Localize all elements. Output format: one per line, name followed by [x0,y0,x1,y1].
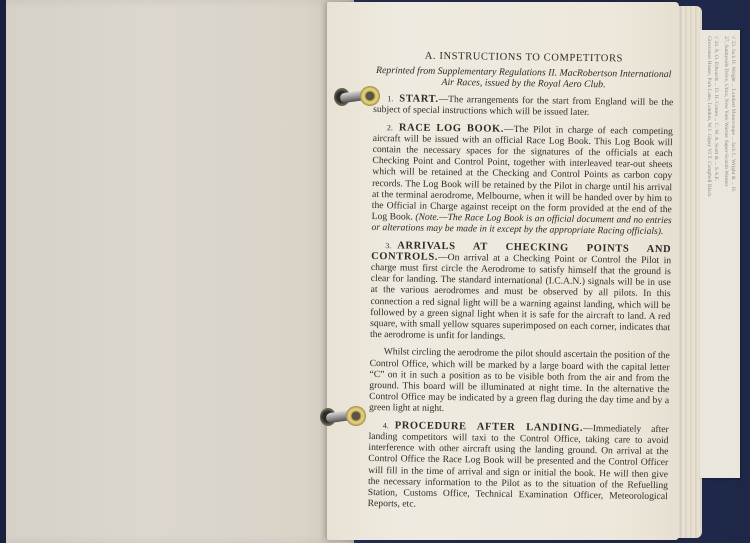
section-arrivals-continued: Whilst circling the aerodrome the pilot … [369,346,670,417]
section-number: 2. [387,123,393,132]
eyelet-icon [360,86,380,106]
binder-ring-top [334,86,380,108]
page-title: A. INSTRUCTIONS TO COMPETITORS [374,50,674,65]
insert-line: √ 33. Jack H. Wright ... Lambert Monocou… [729,36,736,192]
section-start: 1.START.—The arrangements for the start … [373,93,673,120]
section-note: (Note.—The Race Log Book is an official … [371,212,671,238]
document-body: A. INSTRUCTIONS TO COMPETITORS Reprinted… [368,50,674,519]
insert-card: √ 33. Jack H. Wright ... Lambert Monocou… [700,30,740,478]
insert-card-text: √ 33. Jack H. Wright ... Lambert Monocou… [700,30,740,478]
section-number: 3. [385,241,391,250]
right-page: A. INSTRUCTIONS TO COMPETITORS Reprinted… [327,2,679,540]
insert-line: Grosvenor House, Park Lane, London, W.1.… [705,36,712,197]
page-subtitle: Reprinted from Supplementary Regulations… [373,65,673,91]
section-arrivals: 3.ARRIVALS AT CHECKING POINTS AND CONTRO… [370,240,671,345]
section-number: 4. [383,421,389,430]
eyelet-icon [346,406,366,426]
section-title: START. [399,94,438,106]
section-text: —The Pilot in charge of each competing a… [372,123,673,222]
section-race-log-book: 2.RACE LOG BOOK.—The Pilot in charge of … [371,122,673,238]
section-text: —On arrival at a Checking Point or Contr… [370,252,671,342]
insert-line: 27, Sunnyside Drive, Utica, New York War… [722,36,729,186]
left-blank-page [6,0,354,543]
binder-ring-bottom [320,406,366,428]
section-procedure-after-landing: 4.PROCEDURE AFTER LANDING.—Immediately a… [368,420,669,514]
section-text: —Immediately after landing competitors w… [368,423,669,510]
section-number: 1. [387,94,393,103]
insert-line: √ 34. A. O. Edwards ... D. H. Comet ... … [712,36,719,181]
